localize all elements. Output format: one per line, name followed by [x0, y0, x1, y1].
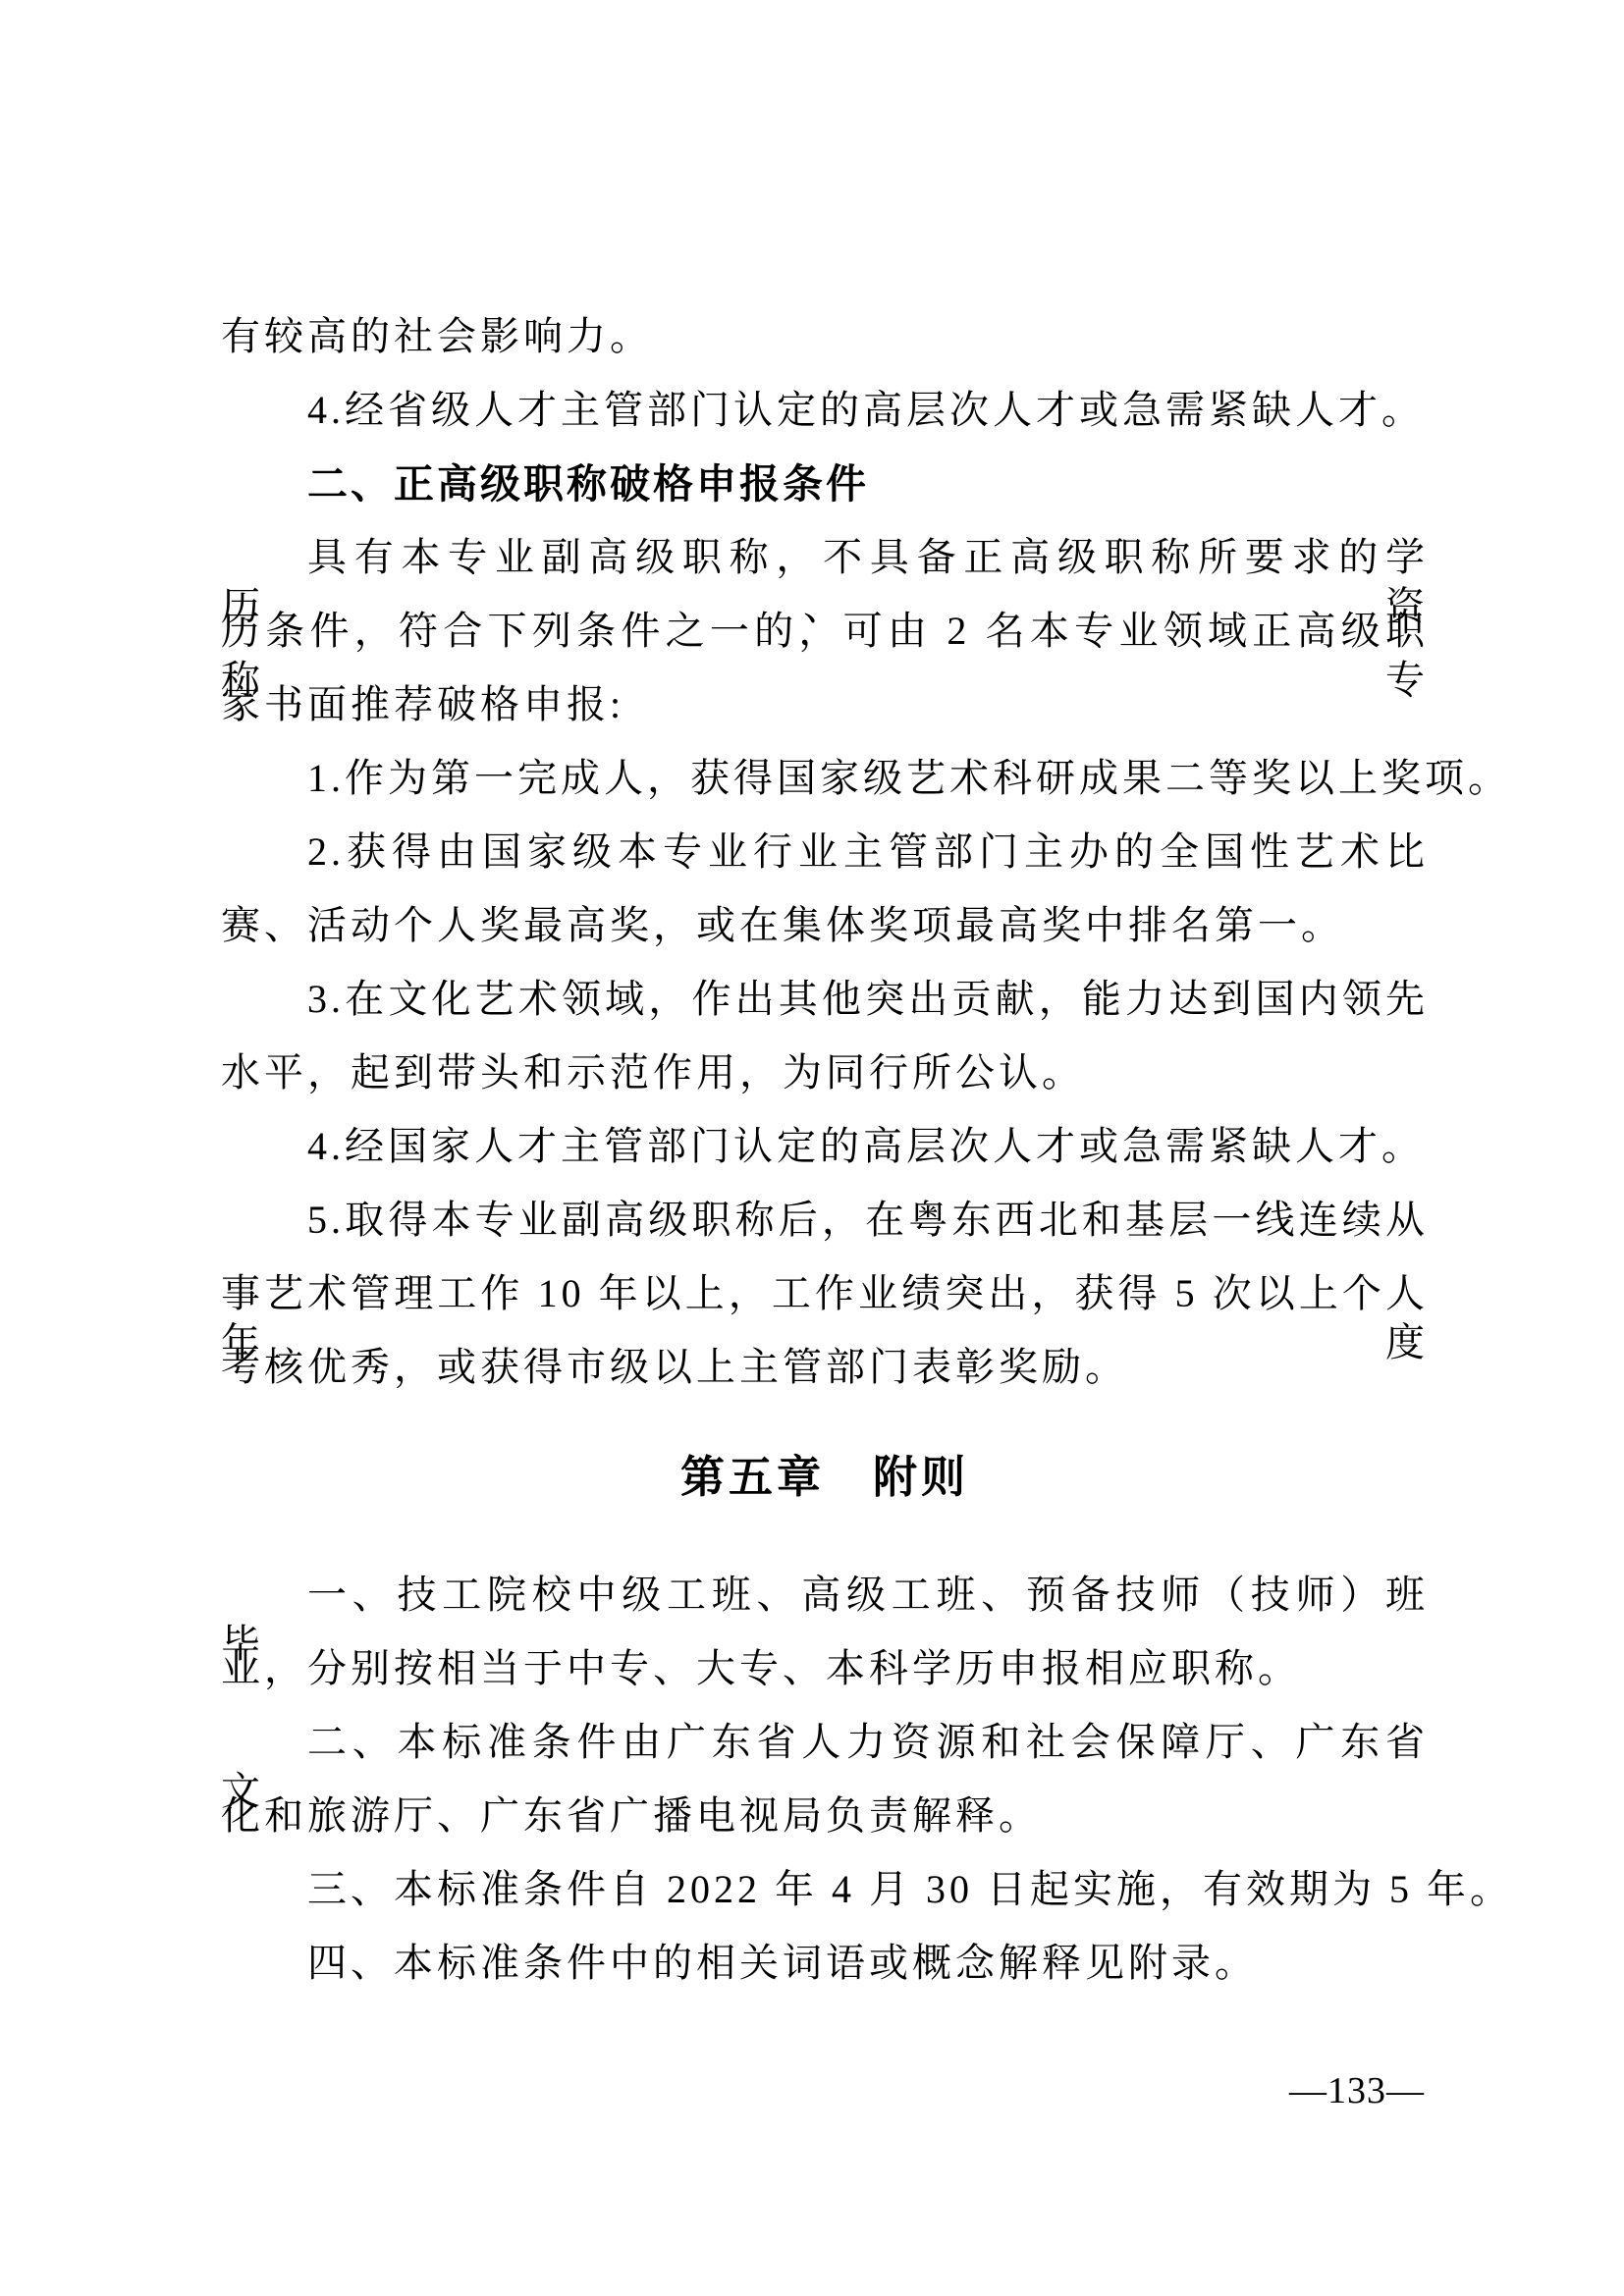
text-line: 2.获得由国家级本专业行业主管部门主办的全国性艺术比 [221, 828, 1429, 901]
text-line: 一、技工院校中级工班、高级工班、预备技师（技师）班毕 [221, 1571, 1429, 1644]
page-number: —133— [1289, 2067, 1425, 2114]
document-text-block: 有较高的社会影响力。 4.经省级人才主管部门认定的高层次人才或急需紧缺人才。 二… [221, 312, 1429, 2012]
text-line: 1.作为第一完成人，获得国家级艺术科研成果二等奖以上奖项。 [221, 754, 1429, 828]
text-line: 4.经国家人才主管部门认定的高层次人才或急需紧缺人才。 [221, 1122, 1429, 1196]
section-heading: 二、正高级职称破格申报条件 [221, 459, 1429, 533]
text-line: 四、本标准条件中的相关词语或概念解释见附录。 [221, 1939, 1429, 2012]
chapter-heading: 第五章 附则 [221, 1453, 1429, 1571]
text-line: 3.在文化艺术领域，作出其他突出贡献，能力达到国内领先 [221, 975, 1429, 1048]
text-line: 历条件，符合下列条件之一的，可由 2 名本专业领域正高级职称专 [221, 607, 1429, 680]
document-page: 有较高的社会影响力。 4.经省级人才主管部门认定的高层次人才或急需紧缺人才。 二… [0, 0, 1624, 2296]
text-line: 二、本标准条件由广东省人力资源和社会保障厅、广东省文 [221, 1718, 1429, 1791]
text-line: 5.取得本专业副高级职称后，在粤东西北和基层一线连续从 [221, 1196, 1429, 1269]
text-line: 化和旅游厅、广东省广播电视局负责解释。 [221, 1791, 1429, 1865]
text-line: 赛、活动个人奖最高奖，或在集体奖项最高奖中排名第一。 [221, 901, 1429, 975]
text-line: 有较高的社会影响力。 [221, 312, 1429, 386]
text-line: 具有本专业副高级职称，不具备正高级职称所要求的学历、资 [221, 533, 1429, 607]
text-line: 4.经省级人才主管部门认定的高层次人才或急需紧缺人才。 [221, 386, 1429, 459]
text-line: 事艺术管理工作 10 年以上，工作业绩突出，获得 5 次以上个人年度 [221, 1269, 1429, 1343]
text-line: 水平，起到带头和示范作用，为同行所公认。 [221, 1048, 1429, 1122]
text-line: 三、本标准条件自 2022 年 4 月 30 日起实施，有效期为 5 年。 [221, 1865, 1429, 1939]
text-line: 业，分别按相当于中专、大专、本科学历申报相应职称。 [221, 1644, 1429, 1718]
